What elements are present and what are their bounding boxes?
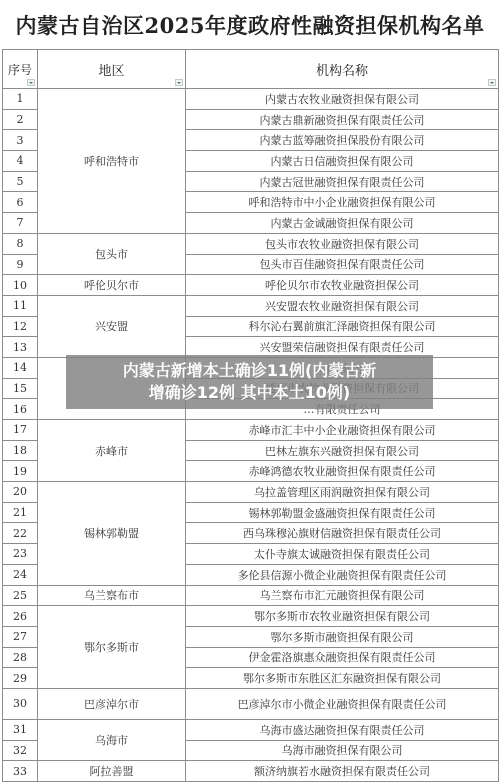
institution-name-cell: 巴彦淖尔市小微企业融资担保有限责任公司 xyxy=(186,688,499,719)
table-row: 31乌海市乌海市盛达融资担保有限责任公司 xyxy=(3,719,499,740)
column-header-institution[interactable]: 机构名称 xyxy=(186,50,499,89)
row-number-cell: 32 xyxy=(3,740,38,761)
row-number-cell: 31 xyxy=(3,719,38,740)
row-number-cell: 29 xyxy=(3,668,38,689)
news-headline-overlay: 内蒙古新增本土确诊11例(内蒙古新 增确诊12例 其中本土10例) xyxy=(66,355,433,409)
table-row: 8包头市包头市农牧业融资担保有限公司 xyxy=(3,233,499,254)
row-number-cell: 4 xyxy=(3,151,38,172)
institution-name-cell: 额济纳旗若水融资担保有限责任公司 xyxy=(186,761,499,782)
table-header-row: 序号 地区 机构名称 xyxy=(3,50,499,89)
row-number-cell: 5 xyxy=(3,171,38,192)
table-row: 11兴安盟兴安盟农牧业融资担保有限公司 xyxy=(3,295,499,316)
institution-name-cell: 多伦县信源小微企业融资担保有限责任公司 xyxy=(186,564,499,585)
region-cell: 呼伦贝尔市 xyxy=(38,275,186,296)
row-number-cell: 16 xyxy=(3,399,38,420)
institution-name-cell: 巴林左旗东兴融资担保有限公司 xyxy=(186,440,499,461)
row-number-cell: 27 xyxy=(3,626,38,647)
institution-name-cell: 太仆寺旗太诚融资担保有限责任公司 xyxy=(186,544,499,565)
institution-name-cell: 乌兰察布市汇元融资担保有限公司 xyxy=(186,585,499,606)
table-row: 1呼和浩特市内蒙古农牧业融资担保有限公司 xyxy=(3,89,499,110)
filter-dropdown-icon[interactable] xyxy=(27,79,35,86)
institution-name-cell: 兴安盟农牧业融资担保有限公司 xyxy=(186,295,499,316)
institution-name-cell: 乌海市融资担保有限公司 xyxy=(186,740,499,761)
region-cell: 兴安盟 xyxy=(38,295,186,357)
institution-name-cell: 西乌珠穆沁旗财信融资担保有限责任公司 xyxy=(186,523,499,544)
institution-name-cell: 乌海市盛达融资担保有限责任公司 xyxy=(186,719,499,740)
region-cell: 包头市 xyxy=(38,233,186,274)
institution-name-cell: 科尔沁右翼前旗汇泽融资担保有限公司 xyxy=(186,316,499,337)
region-cell: 鄂尔多斯市 xyxy=(38,606,186,689)
table-row: 30巴彦淖尔市巴彦淖尔市小微企业融资担保有限责任公司 xyxy=(3,688,499,719)
table-row: 20锡林郭勒盟乌拉盖管理区雨润融资担保有限公司 xyxy=(3,482,499,503)
headline-line-1: 内蒙古新增本土确诊11例(内蒙古新 xyxy=(123,360,377,382)
row-number-cell: 26 xyxy=(3,606,38,627)
institution-name-cell: 赤峰市汇丰中小企业融资担保有限公司 xyxy=(186,420,499,441)
row-number-cell: 2 xyxy=(3,109,38,130)
row-number-cell: 18 xyxy=(3,440,38,461)
row-number-cell: 24 xyxy=(3,564,38,585)
row-number-cell: 28 xyxy=(3,647,38,668)
table-row: 17赤峰市赤峰市汇丰中小企业融资担保有限公司 xyxy=(3,420,499,441)
column-header-number[interactable]: 序号 xyxy=(3,50,38,89)
institution-name-cell: 鄂尔多斯市农牧业融资担保有限公司 xyxy=(186,606,499,627)
column-header-region[interactable]: 地区 xyxy=(38,50,186,89)
table-row: 33阿拉善盟额济纳旗若水融资担保有限责任公司 xyxy=(3,761,499,782)
institution-name-cell: 伊金霍洛旗惠众融资担保有限责任公司 xyxy=(186,647,499,668)
institution-name-cell: 呼和浩特市中小企业融资担保有限公司 xyxy=(186,192,499,213)
region-cell: 乌海市 xyxy=(38,719,186,760)
row-number-cell: 6 xyxy=(3,192,38,213)
institution-name-cell: 内蒙古蓝筹融资担保股份有限公司 xyxy=(186,130,499,151)
institution-table: 序号 地区 机构名称 1呼和浩特市内蒙古农牧业融资担保有限公司2内蒙古鼎新融资担… xyxy=(2,49,499,782)
institution-name-cell: 内蒙古金诚融资担保有限公司 xyxy=(186,213,499,234)
institution-name-cell: 内蒙古农牧业融资担保有限公司 xyxy=(186,89,499,110)
row-number-cell: 9 xyxy=(3,254,38,275)
row-number-cell: 15 xyxy=(3,378,38,399)
institution-name-cell: 赤峰鸿德农牧业融资担保有限责任公司 xyxy=(186,461,499,482)
row-number-cell: 21 xyxy=(3,502,38,523)
row-number-cell: 22 xyxy=(3,523,38,544)
institution-name-cell: 包头市百佳融资担保有限责任公司 xyxy=(186,254,499,275)
row-number-cell: 12 xyxy=(3,316,38,337)
row-number-cell: 14 xyxy=(3,357,38,378)
row-number-cell: 1 xyxy=(3,89,38,110)
column-header-label: 机构名称 xyxy=(316,60,368,79)
region-cell: 乌兰察布市 xyxy=(38,585,186,606)
institution-name-cell: 鄂尔多斯市融资担保有限公司 xyxy=(186,626,499,647)
headline-line-2: 增确诊12例 其中本土10例) xyxy=(149,382,350,404)
institution-name-cell: 内蒙古日信融资担保有限公司 xyxy=(186,151,499,172)
row-number-cell: 19 xyxy=(3,461,38,482)
row-number-cell: 17 xyxy=(3,420,38,441)
row-number-cell: 20 xyxy=(3,482,38,503)
table-row: 10呼伦贝尔市呼伦贝尔市农牧业融资担保公司 xyxy=(3,275,499,296)
institution-name-cell: 内蒙古冠世融资担保有限责任公司 xyxy=(186,171,499,192)
institution-name-cell: 包头市农牧业融资担保有限公司 xyxy=(186,233,499,254)
region-cell: 呼和浩特市 xyxy=(38,89,186,234)
row-number-cell: 8 xyxy=(3,233,38,254)
institution-name-cell: 锡林郭勒盟金盛融资担保有限责任公司 xyxy=(186,502,499,523)
region-cell: 赤峰市 xyxy=(38,420,186,482)
table-row: 25乌兰察布市乌兰察布市汇元融资担保有限公司 xyxy=(3,585,499,606)
table-row: 26鄂尔多斯市鄂尔多斯市农牧业融资担保有限公司 xyxy=(3,606,499,627)
region-cell: 阿拉善盟 xyxy=(38,761,186,782)
row-number-cell: 10 xyxy=(3,275,38,296)
row-number-cell: 11 xyxy=(3,295,38,316)
filter-dropdown-icon[interactable] xyxy=(175,79,183,86)
institution-name-cell: 呼伦贝尔市农牧业融资担保公司 xyxy=(186,275,499,296)
row-number-cell: 30 xyxy=(3,688,38,719)
row-number-cell: 23 xyxy=(3,544,38,565)
table-body: 1呼和浩特市内蒙古农牧业融资担保有限公司2内蒙古鼎新融资担保有限责任公司3内蒙古… xyxy=(3,89,499,782)
column-header-label: 地区 xyxy=(98,60,124,79)
region-cell: 巴彦淖尔市 xyxy=(38,688,186,719)
row-number-cell: 33 xyxy=(3,761,38,782)
document-title: 内蒙古自治区2025年度政府性融资担保机构名单 xyxy=(0,0,500,49)
column-header-label: 序号 xyxy=(8,61,32,78)
row-number-cell: 13 xyxy=(3,337,38,358)
row-number-cell: 25 xyxy=(3,585,38,606)
region-cell: 锡林郭勒盟 xyxy=(38,482,186,585)
row-number-cell: 7 xyxy=(3,213,38,234)
institution-name-cell: 内蒙古鼎新融资担保有限责任公司 xyxy=(186,109,499,130)
institution-name-cell: 鄂尔多斯市东胜区汇东融资担保有限公司 xyxy=(186,668,499,689)
filter-dropdown-icon[interactable] xyxy=(488,79,496,86)
row-number-cell: 3 xyxy=(3,130,38,151)
institution-name-cell: 乌拉盖管理区雨润融资担保有限公司 xyxy=(186,482,499,503)
